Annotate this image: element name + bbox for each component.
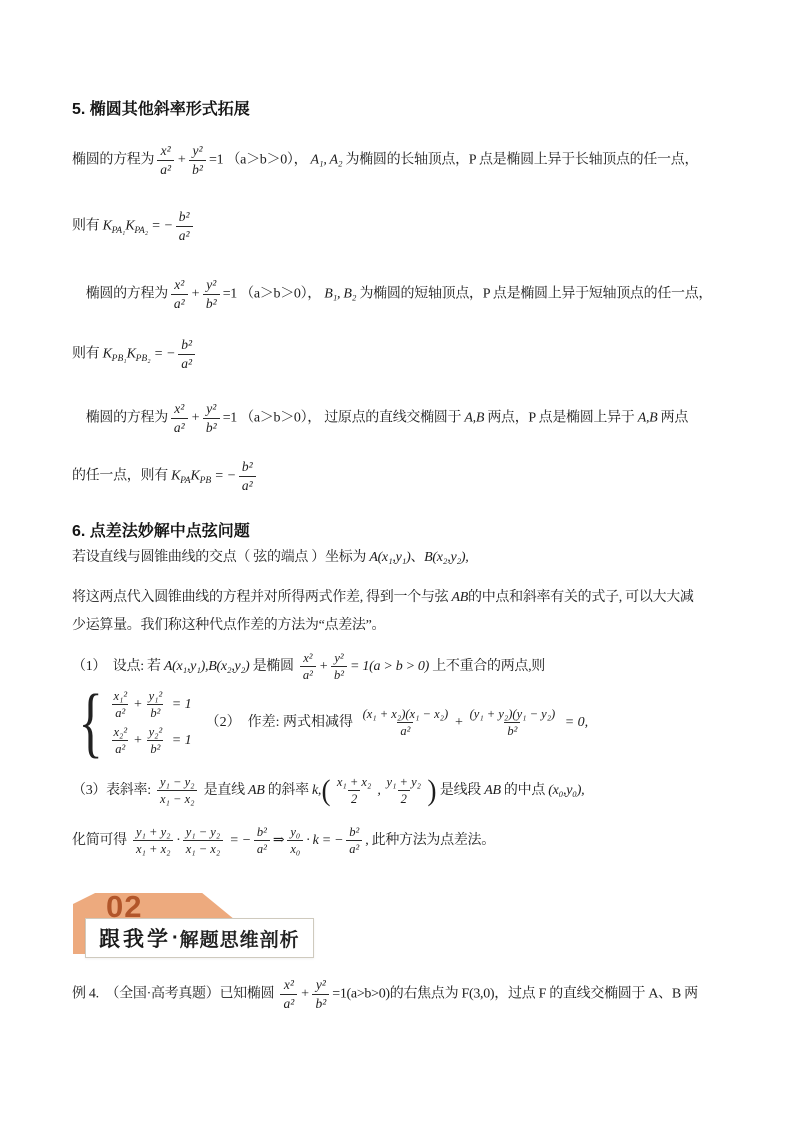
math-italic-token: +	[454, 715, 463, 730]
sec6-step2-line: （2） 作差: 两式相减得 (x₁ + x₂)(x₁ − x₂)a²+(y₁ +…	[206, 706, 589, 740]
math-fraction: y₂²b²	[146, 724, 166, 758]
sec5-formula-kpakpb: 的任一点，则有 KPAKPB = −b²a²	[72, 458, 776, 494]
text-token: 是椭圆	[249, 659, 297, 674]
math-fraction: x²a²	[280, 976, 297, 1012]
text-token: 例 4. （全国·高考真题）已知椭圆	[72, 986, 277, 1001]
big-parenthesis: (	[322, 776, 331, 806]
math-italic-token: B(x₂,y₂),	[424, 550, 468, 565]
math-italic-token: +	[300, 986, 309, 1001]
sec6-line-1: 若设直线与圆锥曲线的交点（ 弦的端点 ）坐标为 A(x₁,y₁)、B(x₂,y₂…	[72, 546, 776, 570]
math-fraction: y²b²	[331, 650, 347, 684]
text-token: 两点	[657, 410, 688, 425]
math-italic-token: +	[133, 697, 142, 712]
math-fraction: y₁ + y₂x₁ + x₂	[133, 824, 173, 858]
system-equation-1: x₁²a²+y₁²b² = 1	[107, 688, 191, 722]
math-fraction: b²a²	[346, 824, 362, 858]
math-fraction: (y₁ + y₂)(y₁ − y₂)b²	[467, 706, 559, 740]
math-italic-token: = 0,	[561, 715, 588, 730]
math-italic-token: +	[177, 152, 186, 167]
math-italic-token: K	[103, 346, 112, 361]
math-italic-token: A₁, A₂	[311, 152, 343, 167]
math-fraction: x²a²	[171, 276, 188, 312]
section-02-badge: 02 跟我学 · 解题思维剖析	[72, 892, 322, 960]
equation-system: { x₁²a²+y₁²b² = 1 x₂²a²+y₂²b² = 1	[72, 688, 192, 757]
document-page: 5. 椭圆其他斜率形式拓展 椭圆的方程为x²a²+y²b²=1 （a＞b＞0），…	[0, 0, 794, 1124]
math-fraction: b²a²	[254, 824, 270, 858]
math-italic-token: = 1(a > b > 0)	[350, 659, 429, 674]
text-token: =1(a>b>0)的右焦点为 F(3,0)，过点 F 的直线交椭圆于 A、B 两	[332, 986, 698, 1001]
badge-title-rest: 解题思维剖析	[180, 925, 300, 952]
math-fraction: b²a²	[178, 336, 195, 372]
math-italic-token: +	[319, 659, 328, 674]
text-token: 的中点和斜率有关的式子, 可以大大减	[468, 590, 694, 605]
text-token: 的任一点，则有	[72, 468, 171, 483]
text-token: =1 （a＞b＞0），	[209, 152, 311, 167]
sec6-line-2: 将这两点代入圆锥曲线的方程并对所得两式作差, 得到一个与弦 AB的中点和斜率有关…	[72, 586, 776, 610]
text-token: 的中点	[501, 783, 549, 798]
math-italic-token: A(x₁,y₁),B(x₂,y₂)	[164, 659, 249, 674]
text-token: 为椭圆的短轴顶点，P 点是椭圆上异于短轴顶点的任一点，	[356, 286, 712, 301]
sec6-step1-line: （1） 设点: 若 A(x₁,y₁),B(x₂,y₂) 是椭圆 x²a²+y²b…	[72, 650, 776, 684]
text-token: 是直线	[200, 783, 248, 798]
math-subscript: PB₁	[112, 354, 127, 364]
text-token: （2） 作差: 两式相减得	[206, 715, 357, 730]
math-fraction: x₂²a²	[110, 724, 130, 758]
sec5-formula-kpb: 则有 KPB₁KPB₂ = −b²a²	[72, 336, 776, 372]
text-token: 两点，P 点是椭圆上异于	[484, 410, 638, 425]
text-token: （3）表斜率:	[72, 783, 154, 798]
math-fraction: y₁²b²	[146, 688, 166, 722]
math-fraction: y₁ + y₂2	[384, 774, 424, 808]
math-italic-token: ,	[377, 783, 380, 798]
text-token: 若设直线与圆锥曲线的交点（ 弦的端点 ）坐标为	[72, 550, 369, 565]
example-4-line: 例 4. （全国·高考真题）已知椭圆 x²a²+y²b²=1(a>b>0)的右焦…	[72, 976, 776, 1012]
math-italic-token: B₁, B₂	[324, 286, 356, 301]
section6-heading: 6. 点差法妙解中点弦问题	[72, 518, 250, 541]
text-token: 椭圆的方程为	[72, 410, 168, 425]
math-fraction: y²b²	[203, 400, 220, 436]
math-italic-token: +	[191, 410, 200, 425]
text-token: 将这两点代入圆锥曲线的方程并对所得两式作差, 得到一个与弦	[72, 590, 452, 605]
math-italic-token: K	[171, 468, 180, 483]
math-italic-token: = 1	[168, 697, 191, 712]
math-italic-token: · k = −	[306, 833, 343, 848]
math-fraction: y²b²	[203, 276, 220, 312]
math-italic-token: +	[191, 286, 200, 301]
text-token: 椭圆的方程为	[72, 152, 154, 167]
math-fraction: x²a²	[171, 400, 188, 436]
math-italic-token: AB	[248, 783, 265, 798]
math-italic-token: +	[133, 732, 142, 747]
badge-title-bold: 跟我学	[99, 923, 171, 953]
sec6-simplify-line: 化简可得 y₁ + y₂x₁ + x₂·y₁ − y₂x₁ − x₂ = −b²…	[72, 824, 776, 858]
sec5-formula-kpa: 则有 KPA₁KPA₂ = −b²a²	[72, 208, 776, 244]
text-token: 椭圆的方程为	[72, 286, 168, 301]
math-fraction: x²a²	[300, 650, 316, 684]
sec5-paragraph-2: 椭圆的方程为x²a²+y²b²=1 （a＞b＞0）， B₁, B₂ 为椭圆的短轴…	[72, 276, 776, 312]
system-equations: x₁²a²+y₁²b² = 1 x₂²a²+y₂²b² = 1	[107, 688, 191, 757]
system-equation-2: x₂²a²+y₂²b² = 1	[107, 724, 191, 758]
math-fraction: b²a²	[239, 458, 256, 494]
math-italic-token: K	[127, 346, 136, 361]
text-token: 为椭圆的长轴顶点，P 点是椭圆上异于长轴顶点的任一点，	[342, 152, 698, 167]
text-token: =1 （a＞b＞0），	[223, 286, 325, 301]
big-parenthesis: )	[427, 776, 436, 806]
math-subscript: PA	[180, 476, 190, 486]
math-italic-token: = −	[148, 218, 173, 233]
math-subscript: PB₂	[136, 354, 151, 364]
text-token: 、	[410, 550, 424, 565]
math-italic-token: A,B	[464, 410, 484, 425]
text-token: 则有	[72, 346, 103, 361]
text-token: 的斜率	[265, 783, 313, 798]
math-fraction: b²a²	[176, 208, 193, 244]
math-fraction: y²b²	[189, 142, 206, 178]
math-italic-token: A(x₁,y₁)	[369, 550, 410, 565]
math-italic-token: = −	[226, 833, 251, 848]
math-italic-token: AB	[452, 590, 469, 605]
math-italic-token: ·	[176, 833, 179, 848]
math-italic-token: = −	[151, 346, 176, 361]
math-fraction: y₁ − y₂x₁ − x₂	[157, 774, 197, 808]
badge-separator-dot: ·	[172, 927, 179, 950]
left-brace: {	[79, 689, 103, 755]
math-italic-token: K	[191, 468, 200, 483]
math-fraction: x²a²	[157, 142, 174, 178]
math-subscript: PA₁	[112, 226, 126, 236]
math-italic-token: = −	[211, 468, 236, 483]
math-italic-token: = 1	[168, 732, 191, 747]
text-token: 上不重合的两点,则	[429, 659, 545, 674]
text-token: 化简可得	[72, 833, 130, 848]
math-italic-token: A,B	[638, 410, 658, 425]
math-fraction: x₁ + x₂2	[334, 774, 374, 808]
math-italic-token: (x₀,y₀),	[548, 783, 584, 798]
text-token: （1） 设点: 若	[72, 659, 164, 674]
section5-heading: 5. 椭圆其他斜率形式拓展	[72, 96, 250, 119]
math-italic-token: AB	[484, 783, 501, 798]
text-token: , 此种方法为点差法。	[365, 833, 495, 848]
sec5-paragraph-3: 椭圆的方程为x²a²+y²b²=1 （a＞b＞0）， 过原点的直线交椭圆于 A,…	[72, 400, 776, 436]
math-subscript: PA₂	[134, 226, 148, 236]
math-italic-token: K	[103, 218, 112, 233]
sec6-system-row: { x₁²a²+y₁²b² = 1 x₂²a²+y₂²b² = 1 （2） 作差…	[72, 688, 776, 757]
sec6-step3-line: （3）表斜率: y₁ − y₂x₁ − x₂ 是直线 AB 的斜率 k,(x₁ …	[72, 774, 776, 808]
math-subscript: PB	[200, 476, 212, 486]
text-token: 少运算量。我们称这种代点作差的方法为“点差法”。	[72, 618, 385, 633]
sec5-paragraph-1: 椭圆的方程为x²a²+y²b²=1 （a＞b＞0）， A₁, A₂ 为椭圆的长轴…	[72, 142, 776, 178]
text-token: ⇒	[273, 833, 284, 848]
text-token: 是线段	[437, 783, 485, 798]
math-fraction: (x₁ + x₂)(x₁ − x₂)a²	[360, 706, 452, 740]
text-token: =1 （a＞b＞0）， 过原点的直线交椭圆于	[223, 410, 465, 425]
math-fraction: y₀x₀	[287, 824, 303, 858]
text-token: 则有	[72, 218, 103, 233]
math-fraction: y₁ − y₂x₁ − x₂	[183, 824, 223, 858]
math-fraction: y²b²	[312, 976, 329, 1012]
math-fraction: x₁²a²	[110, 688, 130, 722]
sec6-line-3: 少运算量。我们称这种代点作差的方法为“点差法”。	[72, 614, 776, 638]
math-italic-token: k,	[312, 783, 321, 798]
badge-title-box: 跟我学 · 解题思维剖析	[85, 918, 314, 958]
